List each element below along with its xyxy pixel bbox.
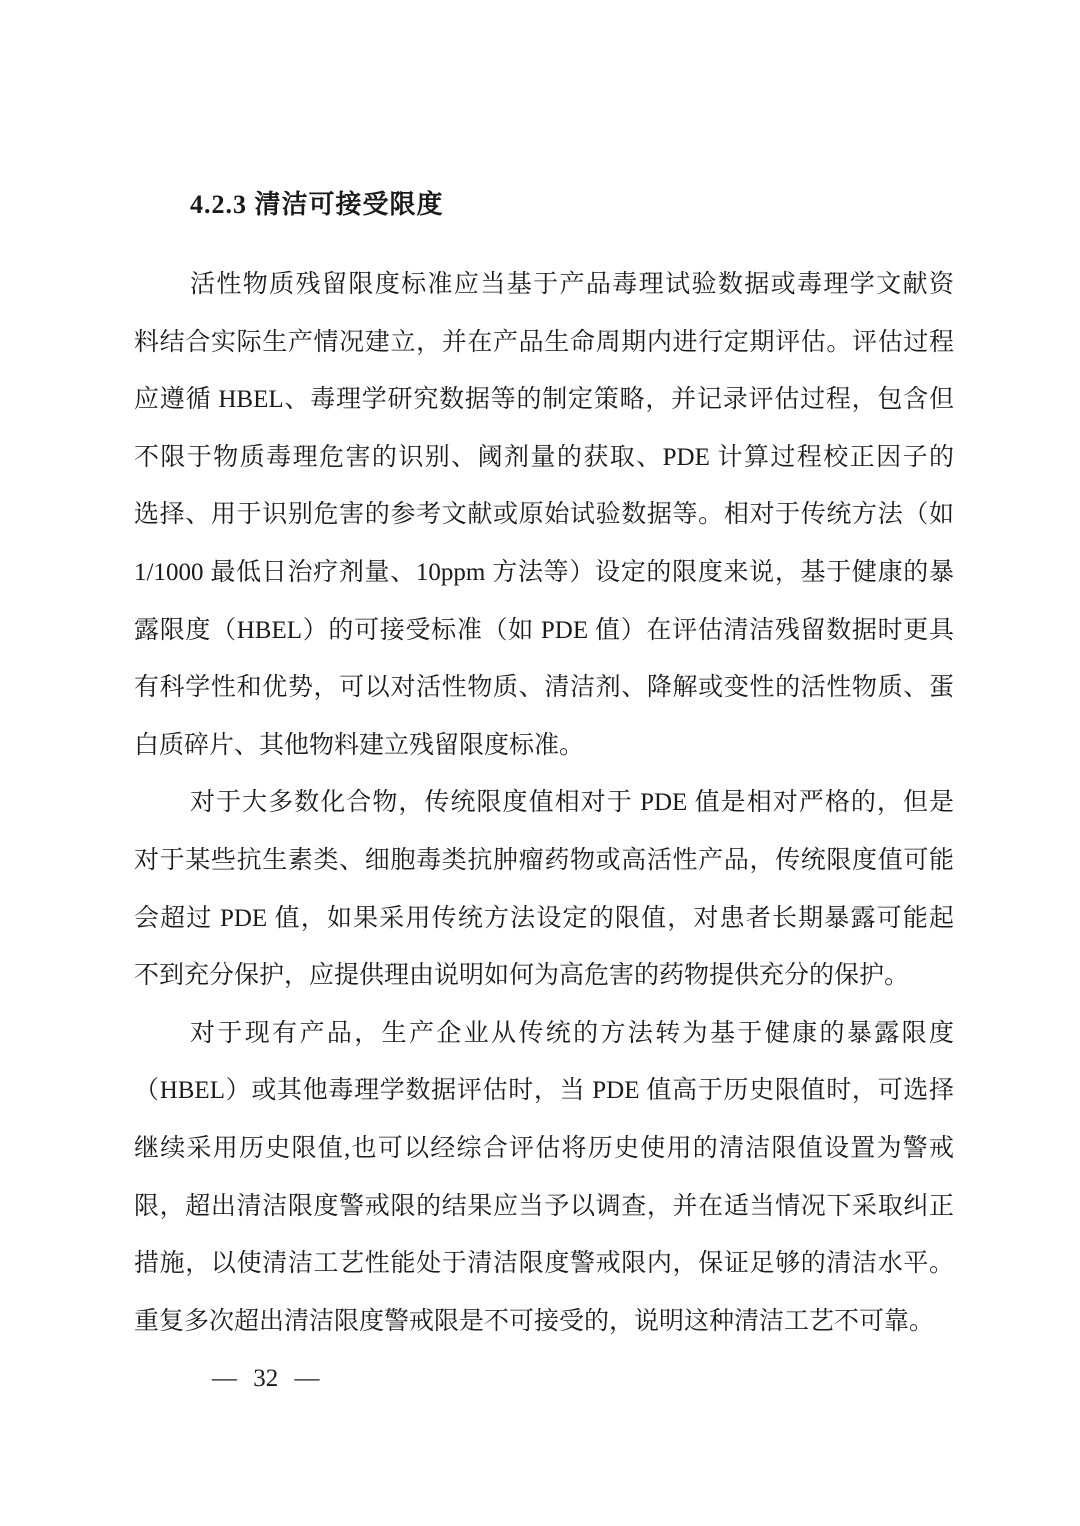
document-body: 活性物质残留限度标准应当基于产品毒理试验数据或毒理学文献资料结合实际生产情况建立… [134, 256, 954, 1350]
paragraph-line: 活性物质残留限度标准应当基于产品毒理试验数据或毒理学文献资 [134, 256, 954, 314]
paragraph: 对于现有产品，生产企业从传统的方法转为基于健康的暴露限度（HBEL）或其他毒理学… [134, 1005, 954, 1351]
paragraph-line: 措施，以使清洁工艺性能处于清洁限度警戒限内，保证足够的清洁水平。 [134, 1235, 954, 1293]
paragraph-line: 不限于物质毒理危害的识别、阈剂量的获取、PDE 计算过程校正因子的 [134, 429, 954, 487]
paragraph-line: 限，超出清洁限度警戒限的结果应当予以调查，并在适当情况下采取纠正 [134, 1178, 954, 1236]
paragraph-line: 重复多次超出清洁限度警戒限是不可接受的，说明这种清洁工艺不可靠。 [134, 1293, 954, 1351]
paragraph-line: 露限度（HBEL）的可接受标准（如 PDE 值）在评估清洁残留数据时更具 [134, 602, 954, 660]
paragraph-line: 应遵循 HBEL、毒理学研究数据等的制定策略，并记录评估过程，包含但 [134, 371, 954, 429]
paragraph-line: 对于大多数化合物，传统限度值相对于 PDE 值是相对严格的，但是 [134, 774, 954, 832]
document-page: 4.2.3 清洁可接受限度 活性物质残留限度标准应当基于产品毒理试验数据或毒理学… [0, 0, 1080, 1526]
paragraph-line: 有科学性和优势，可以对活性物质、清洁剂、降解或变性的活性物质、蛋 [134, 659, 954, 717]
page-number: — 32 — [212, 1350, 954, 1408]
paragraph-line: 对于某些抗生素类、细胞毒类抗肿瘤药物或高活性产品，传统限度值可能 [134, 832, 954, 890]
paragraph: 活性物质残留限度标准应当基于产品毒理试验数据或毒理学文献资料结合实际生产情况建立… [134, 256, 954, 774]
paragraph-line: 不到充分保护，应提供理由说明如何为高危害的药物提供充分的保护。 [134, 947, 954, 1005]
paragraph: 对于大多数化合物，传统限度值相对于 PDE 值是相对严格的，但是对于某些抗生素类… [134, 774, 954, 1004]
paragraph-line: 对于现有产品，生产企业从传统的方法转为基于健康的暴露限度 [134, 1005, 954, 1063]
paragraph-line: 1/1000 最低日治疗剂量、10ppm 方法等）设定的限度来说，基于健康的暴 [134, 544, 954, 602]
paragraph-line: （HBEL）或其他毒理学数据评估时，当 PDE 值高于历史限值时，可选择 [134, 1062, 954, 1120]
section-heading: 4.2.3 清洁可接受限度 [190, 185, 954, 225]
paragraph-line: 会超过 PDE 值，如果采用传统方法设定的限值，对患者长期暴露可能起 [134, 890, 954, 948]
paragraph-line: 白质碎片、其他物料建立残留限度标准。 [134, 717, 954, 775]
paragraph-line: 选择、用于识别危害的参考文献或原始试验数据等。相对于传统方法（如 [134, 486, 954, 544]
page-content: 4.2.3 清洁可接受限度 活性物质残留限度标准应当基于产品毒理试验数据或毒理学… [134, 0, 954, 1408]
paragraph-line: 继续采用历史限值,也可以经综合评估将历史使用的清洁限值设置为警戒 [134, 1120, 954, 1178]
paragraph-line: 料结合实际生产情况建立，并在产品生命周期内进行定期评估。评估过程 [134, 314, 954, 372]
